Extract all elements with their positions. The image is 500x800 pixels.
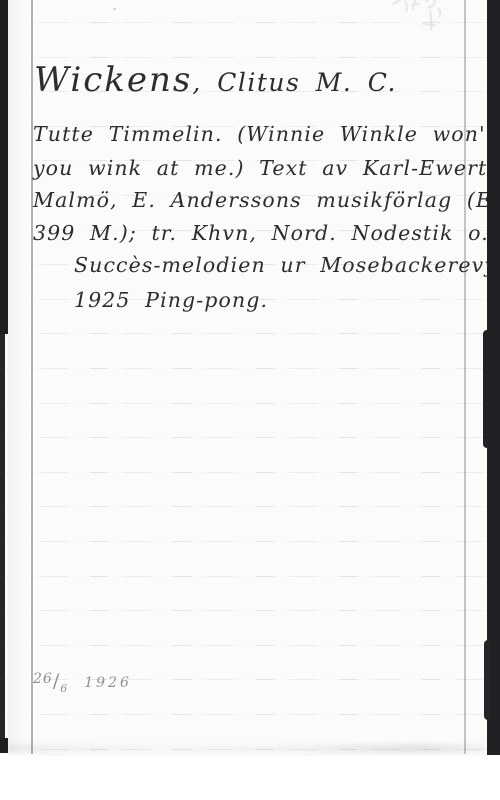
faint-pencil-marks: [390, 0, 460, 36]
date-day: 26: [33, 671, 53, 687]
heading-separator: ,: [192, 68, 217, 97]
scan-border-left: [0, 334, 5, 738]
left-margin-line: [31, 0, 33, 754]
card-text-line: you wink at me.) Text av Karl-Ewert.: [33, 156, 495, 180]
card-text-line: Malmö, E. Anderssons musikförlag (E.A.: [33, 188, 500, 212]
card-heading: Wickens, Clitus M. C.: [34, 60, 397, 100]
date-month: 6: [60, 682, 68, 695]
card-text-line: Tutte Timmelin. (Winnie Winkle won't: [33, 122, 495, 146]
scan-gutter: [8, 0, 31, 753]
scan-border-left: [0, 738, 8, 753]
index-card: Wickens, Clitus M. C. Tutte Timmelin. (W…: [0, 0, 500, 756]
heading-forenames: Clitus M. C.: [217, 68, 397, 97]
scanned-page: Wickens, Clitus M. C. Tutte Timmelin. (W…: [0, 0, 500, 800]
card-text-line: 1925 Ping-pong.: [74, 288, 268, 312]
card-text-line: Succès-melodien ur Mosebackerevyn: [74, 253, 500, 277]
right-margin-line: [464, 0, 466, 754]
date-year: 1926: [84, 675, 132, 691]
card-text-line: 399 M.); tr. Khvn, Nord. Nodestik o. Tr.: [33, 221, 500, 245]
scan-border-left: [0, 0, 8, 334]
date-annotation: 26/61926: [33, 670, 132, 692]
card-bottom-shadow: [8, 744, 486, 753]
scan-border-right: [484, 640, 490, 720]
heading-surname: Wickens: [34, 60, 192, 100]
paper-speck: [113, 8, 116, 10]
scan-border-right: [483, 330, 490, 448]
